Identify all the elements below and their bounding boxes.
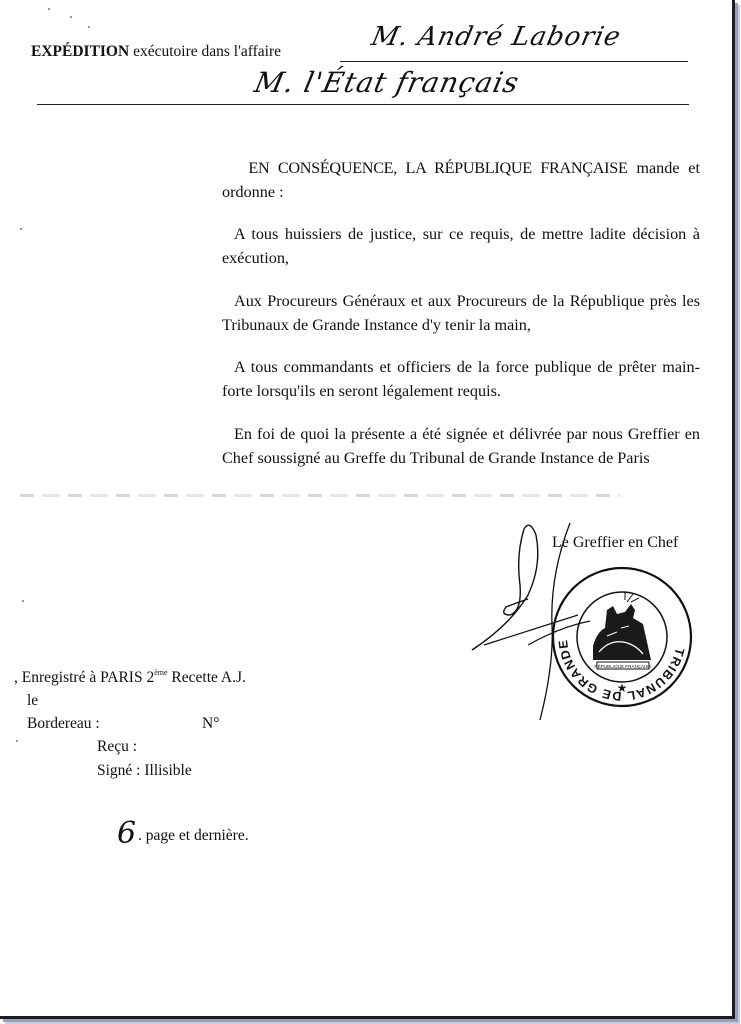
procureurs-text: Aux Procureurs Généraux et aux Procureur… [222, 289, 700, 337]
paragraph-huissiers: A tous huissiers de justice, sur ce requ… [222, 222, 700, 270]
handwritten-page-number: 6 [117, 816, 136, 851]
le-label: le [27, 692, 38, 710]
expedition-text: exécutoire dans l'affaire [133, 43, 281, 60]
registration-sup: ème [154, 668, 167, 677]
handwritten-party-2: M. l'État français [251, 66, 522, 99]
paragraph-force-publique: A tous commandants et officiers de la fo… [222, 355, 700, 403]
scan-speck [16, 740, 18, 742]
numero-label: N° [202, 715, 219, 733]
scan-faint-line [20, 494, 620, 497]
scan-speck [20, 228, 22, 230]
expedition-label: EXPÉDITION [31, 43, 129, 60]
scan-speck [70, 16, 72, 18]
en-foi-text: En foi de quoi la présente a été signée … [222, 422, 700, 470]
registration-suffix: Recette A.J. [168, 669, 246, 686]
page-note: . page et dernière. [138, 827, 249, 845]
registration-prefix: Enregistré à PARIS 2 [22, 669, 154, 686]
scan-speck [88, 26, 90, 28]
greffier-signature-icon [470, 515, 741, 735]
handwritten-party-1: M. André Laborie [369, 22, 624, 52]
paragraph-consequence: EN CONSÉQUENCE, LA RÉPUBLIQUE FRANÇAISE … [222, 156, 700, 204]
expedition-header: EXPÉDITION exécutoire dans l'affaire [31, 43, 281, 61]
paragraph-procureurs: Aux Procureurs Généraux et aux Procureur… [222, 289, 700, 337]
recu-label: Reçu : [97, 738, 137, 756]
registration-line: , Enregistré à PARIS 2ème Recette A.J. [14, 668, 246, 687]
paragraph-en-foi: En foi de quoi la présente a été signée … [222, 422, 700, 470]
party-line-2 [37, 104, 689, 105]
republic-caps: EN CONSÉQUENCE, LA RÉPUBLIQUE FRANÇAISE [248, 159, 627, 177]
force-publique-text: A tous commandants et officiers de la fo… [222, 355, 700, 403]
signe-label: Signé : Illisible [97, 762, 192, 780]
scan-speck [48, 8, 50, 10]
party-line-1 [340, 61, 688, 62]
bordereau-label: Bordereau : [27, 715, 100, 733]
huissiers-text: A tous huissiers de justice, sur ce requ… [222, 222, 700, 270]
scan-speck [22, 600, 24, 602]
document-page: EXPÉDITION exécutoire dans l'affaire M. … [0, 0, 735, 1019]
